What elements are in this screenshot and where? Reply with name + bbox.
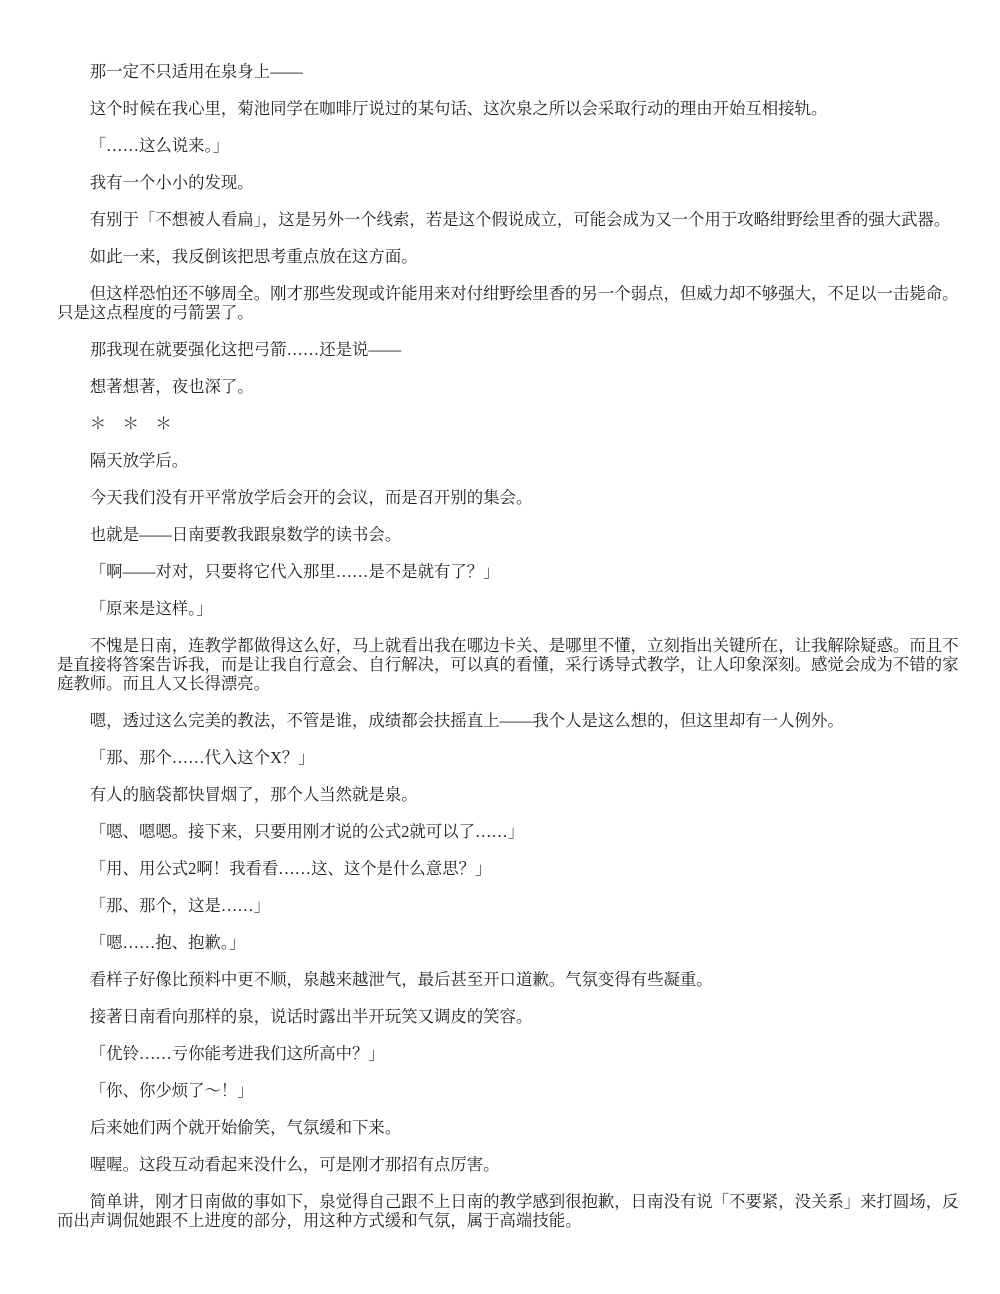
paragraph: 不愧是日南，连教学都做得这么好，马上就看出我在哪边卡关、是哪里不懂，立刻指出关键…: [57, 636, 963, 693]
paragraph: 接著日南看向那样的泉，说话时露出半开玩笑又调皮的笑容。: [57, 1007, 963, 1026]
dialogue-paragraph: 「那、那个……代入这个X？」: [57, 748, 963, 767]
paragraph: 看样子好像比预料中更不顺，泉越来越泄气，最后甚至开口道歉。气氛变得有些凝重。: [57, 970, 963, 989]
text-line: 庭教师。而且人又长得漂亮。: [57, 674, 963, 693]
section-separator: ＊ ＊ ＊: [57, 414, 963, 433]
paragraph: 这个时候在我心里，菊池同学在咖啡厅说过的某句话、这次泉之所以会采取行动的理由开始…: [57, 99, 963, 118]
text-line: 「那、那个，这是……」: [57, 896, 963, 915]
paragraph: 后来她们两个就开始偷笑，气氛缓和下来。: [57, 1118, 963, 1137]
text-line: 喔喔。这段互动看起来没什么，可是刚才那招有点厉害。: [57, 1155, 963, 1174]
text-line: 「嗯……抱、抱歉。」: [57, 933, 963, 952]
paragraph: 隔天放学后。: [57, 451, 963, 470]
paragraph: 今天我们没有开平常放学后会开的会议，而是召开别的集会。: [57, 488, 963, 507]
text-line: 有人的脑袋都快冒烟了，那个人当然就是泉。: [57, 785, 963, 804]
paragraph: 有人的脑袋都快冒烟了，那个人当然就是泉。: [57, 785, 963, 804]
dialogue-paragraph: 「用、用公式2啊！我看看……这、这个是什么意思？」: [57, 859, 963, 878]
text-line: 「优铃……亏你能考进我们这所高中？」: [57, 1044, 963, 1063]
text-line: 看样子好像比预料中更不顺，泉越来越泄气，最后甚至开口道歉。气氛变得有些凝重。: [57, 970, 963, 989]
text-line: 后来她们两个就开始偷笑，气氛缓和下来。: [57, 1118, 963, 1137]
text-line: 这个时候在我心里，菊池同学在咖啡厅说过的某句话、这次泉之所以会采取行动的理由开始…: [57, 99, 963, 118]
separator-asterisks: ＊ ＊ ＊: [57, 414, 963, 433]
text-line: 「……这么说来。」: [57, 136, 963, 155]
text-line: 「啊——对对，只要将它代入那里……是不是就有了？」: [57, 562, 963, 581]
dialogue-paragraph: 「那、那个，这是……」: [57, 896, 963, 915]
text-line: 「用、用公式2啊！我看看……这、这个是什么意思？」: [57, 859, 963, 878]
dialogue-paragraph: 「……这么说来。」: [57, 136, 963, 155]
text-line: 只是这点程度的弓箭罢了。: [57, 303, 963, 322]
text-line: 今天我们没有开平常放学后会开的会议，而是召开别的集会。: [57, 488, 963, 507]
text-line: 简单讲，刚才日南做的事如下，泉觉得自己跟不上日南的教学感到很抱歉，日南没有说「不…: [57, 1192, 963, 1211]
paragraph: 那我现在就要强化这把弓箭……还是说——: [57, 340, 963, 359]
text-line: 但这样恐怕还不够周全。刚才那些发现或许能用来对付绀野绘里香的另一个弱点，但威力却…: [57, 284, 963, 303]
text-line: 那一定不只适用在泉身上——: [57, 62, 963, 81]
text-line: 接著日南看向那样的泉，说话时露出半开玩笑又调皮的笑容。: [57, 1007, 963, 1026]
text-line: 我有一个小小的发现。: [57, 173, 963, 192]
paragraph: 但这样恐怕还不够周全。刚才那些发现或许能用来对付绀野绘里香的另一个弱点，但威力却…: [57, 284, 963, 322]
text-line: 也就是——日南要教我跟泉数学的读书会。: [57, 525, 963, 544]
text-line: 如此一来，我反倒该把思考重点放在这方面。: [57, 247, 963, 266]
text-line: 那我现在就要强化这把弓箭……还是说——: [57, 340, 963, 359]
dialogue-paragraph: 「你、你少烦了～！」: [57, 1081, 963, 1100]
text-line: 不愧是日南，连教学都做得这么好，马上就看出我在哪边卡关、是哪里不懂，立刻指出关键…: [57, 636, 963, 655]
text-line: 「嗯、嗯嗯。接下来，只要用刚才说的公式2就可以了……」: [57, 822, 963, 841]
dialogue-paragraph: 「原来是这样。」: [57, 599, 963, 618]
paragraph: 我有一个小小的发现。: [57, 173, 963, 192]
dialogue-paragraph: 「嗯、嗯嗯。接下来，只要用刚才说的公式2就可以了……」: [57, 822, 963, 841]
text-line: 「那、那个……代入这个X？」: [57, 748, 963, 767]
text-line: 而出声调侃她跟不上进度的部分，用这种方式缓和气氛，属于高端技能。: [57, 1211, 963, 1230]
paragraph: 嗯，透过这么完美的教法，不管是谁，成绩都会扶摇直上——我个人是这么想的，但这里却…: [57, 711, 963, 730]
paragraph: 那一定不只适用在泉身上——: [57, 62, 963, 81]
text-line: 想著想著，夜也深了。: [57, 377, 963, 396]
text-line: 「你、你少烦了～！」: [57, 1081, 963, 1100]
paragraph: 喔喔。这段互动看起来没什么，可是刚才那招有点厉害。: [57, 1155, 963, 1174]
text-line: 「原来是这样。」: [57, 599, 963, 618]
text-line: 有别于「不想被人看扁」，这是另外一个线索，若是这个假说成立，可能会成为又一个用于…: [57, 210, 963, 229]
paragraph: 简单讲，刚才日南做的事如下，泉觉得自己跟不上日南的教学感到很抱歉，日南没有说「不…: [57, 1192, 963, 1230]
dialogue-paragraph: 「优铃……亏你能考进我们这所高中？」: [57, 1044, 963, 1063]
text-line: 嗯，透过这么完美的教法，不管是谁，成绩都会扶摇直上——我个人是这么想的，但这里却…: [57, 711, 963, 730]
paragraph: 也就是——日南要教我跟泉数学的读书会。: [57, 525, 963, 544]
novel-page: 那一定不只适用在泉身上—— 这个时候在我心里，菊池同学在咖啡厅说过的某句话、这次…: [0, 0, 1000, 1294]
text-line: 隔天放学后。: [57, 451, 963, 470]
text-line: 是直接将答案告诉我，而是让我自行意会、自行解决，可以真的看懂，采行诱导式教学，让…: [57, 655, 963, 674]
paragraph: 如此一来，我反倒该把思考重点放在这方面。: [57, 247, 963, 266]
dialogue-paragraph: 「啊——对对，只要将它代入那里……是不是就有了？」: [57, 562, 963, 581]
paragraph: 想著想著，夜也深了。: [57, 377, 963, 396]
dialogue-paragraph: 「嗯……抱、抱歉。」: [57, 933, 963, 952]
paragraph: 有别于「不想被人看扁」，这是另外一个线索，若是这个假说成立，可能会成为又一个用于…: [57, 210, 963, 229]
